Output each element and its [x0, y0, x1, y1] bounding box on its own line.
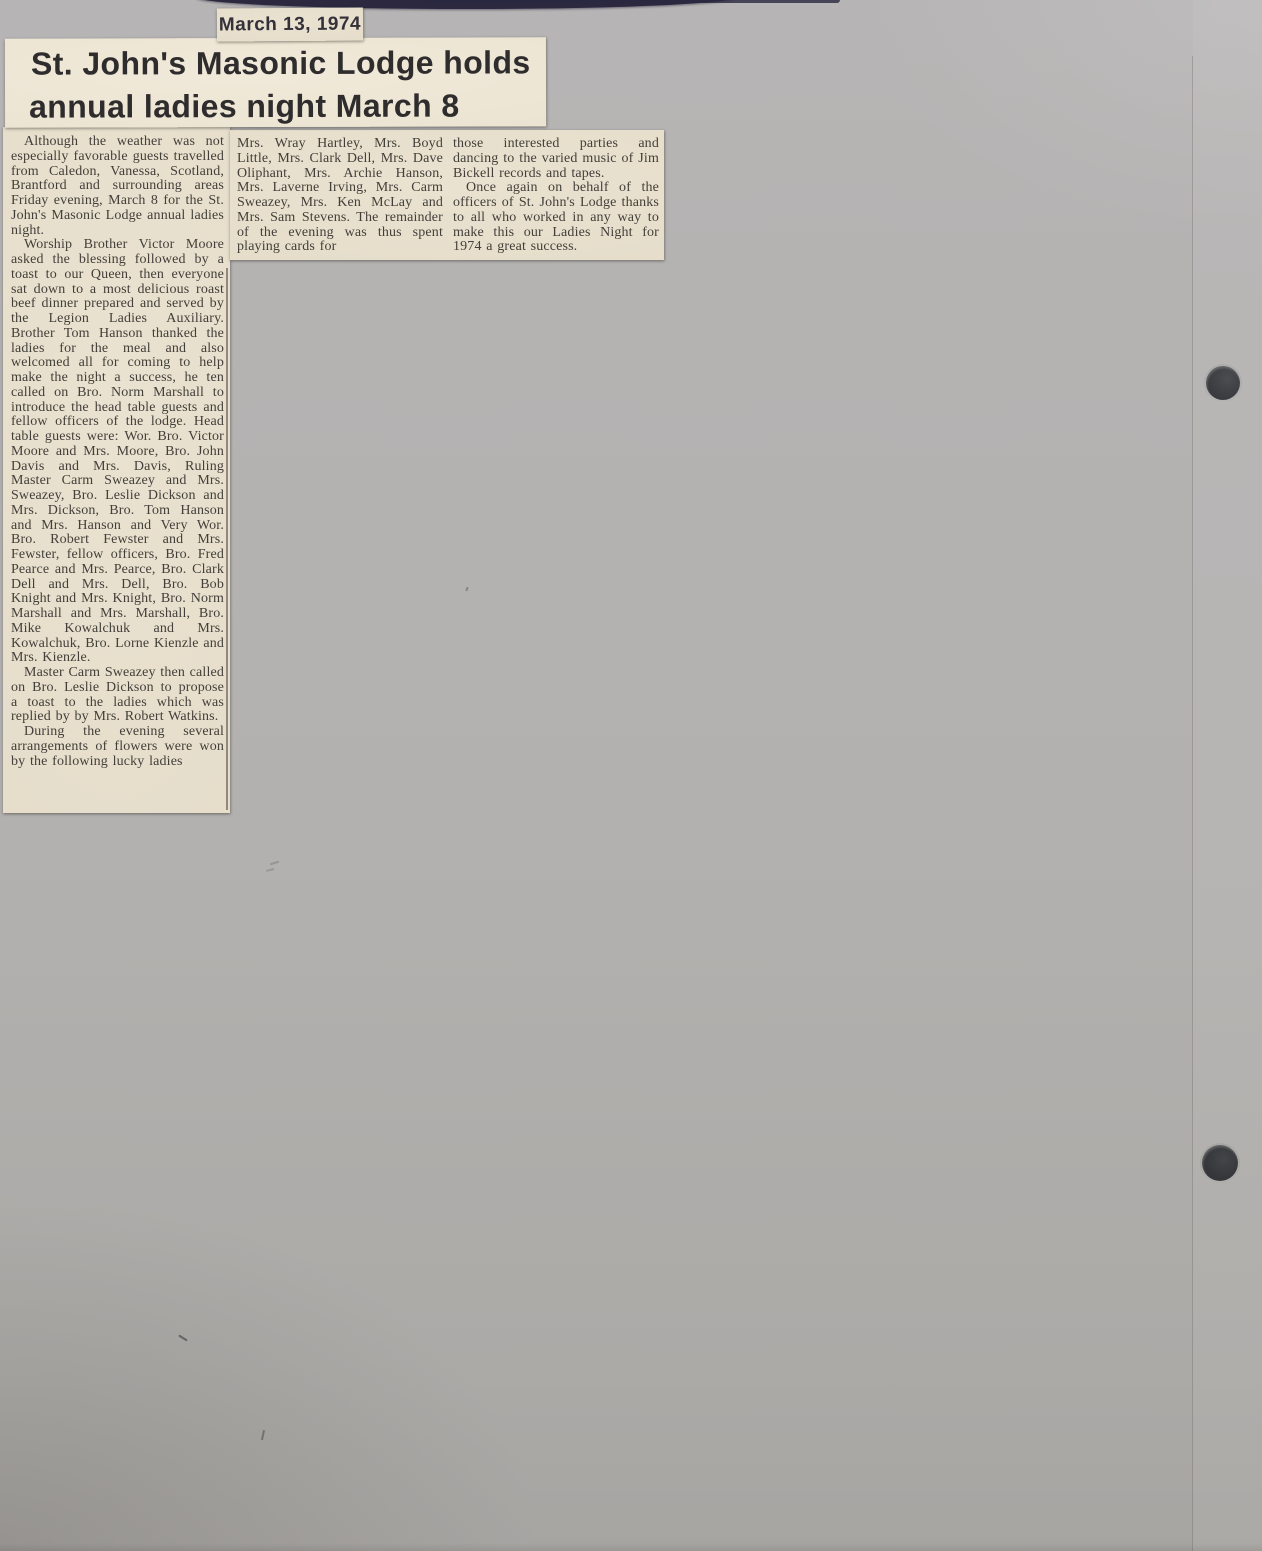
headline-line-1: St. John's Masonic Lodge holds [31, 44, 546, 82]
date-label: March 13, 1974 [219, 13, 361, 36]
article-columns-wrap: Mrs. Wray Hartley, Mrs. Boyd Little, Mrs… [230, 130, 664, 259]
paragraph: Once again on behalf of the officers of … [453, 181, 659, 255]
paragraph: During the evening several arrangements … [11, 725, 224, 769]
pencil-mark [266, 868, 274, 871]
paragraph: Master Carm Sweazey then called on Bro. … [11, 666, 224, 725]
clipping-date: March 13, 1974 [217, 7, 363, 41]
article-column-2-text: Mrs. Wray Hartley, Mrs. Boyd Little, Mrs… [237, 137, 443, 255]
page-bottom-shadow [0, 1543, 1262, 1551]
clipping-article-columns-2-3: Mrs. Wray Hartley, Mrs. Boyd Little, Mrs… [230, 130, 664, 260]
scrapbook-page: March 13, 1974 St. John's Masonic Lodge … [0, 0, 1262, 1551]
pencil-mark [178, 1335, 188, 1342]
page-right-panel [1193, 0, 1262, 1551]
page-crease-line [1192, 56, 1193, 1551]
background-top-edge-thin [420, 0, 840, 3]
speck-mark [465, 587, 468, 591]
punch-hole-bottom [1202, 1145, 1238, 1181]
paragraph: Mrs. Wray Hartley, Mrs. Boyd Little, Mrs… [237, 137, 443, 255]
punch-hole-top [1206, 366, 1240, 400]
paragraph: Although the weather was not especially … [11, 135, 224, 238]
column-rule [226, 268, 228, 810]
clipping-article-column-1: Although the weather was not especially … [3, 127, 230, 813]
pencil-mark [270, 861, 279, 865]
paragraph: those interested parties and dancing to … [453, 137, 659, 181]
paragraph: Worship Brother Victor Moore asked the b… [11, 238, 224, 666]
article-column-1-text: Although the weather was not especially … [3, 127, 230, 773]
article-column-3-text: those interested parties and dancing to … [453, 137, 659, 255]
pencil-mark [261, 1430, 265, 1440]
clipping-headline: St. John's Masonic Lodge holds annual la… [5, 37, 546, 127]
headline-line-2: annual ladies night March 8 [29, 87, 546, 125]
